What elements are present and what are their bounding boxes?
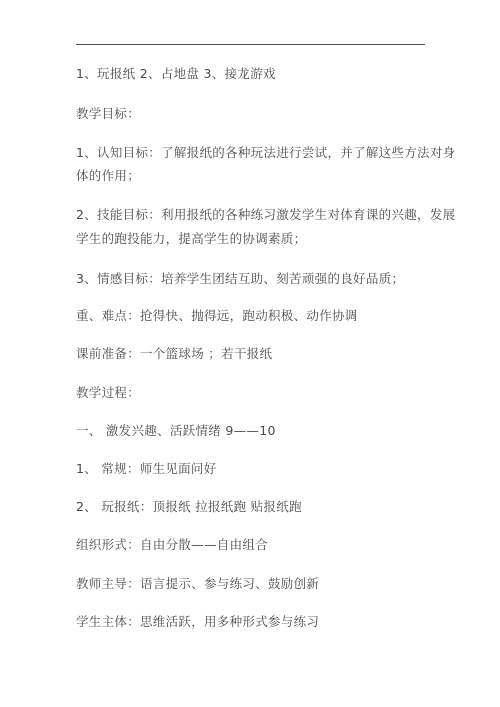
routine-item: 1、 常规：师生见面问好 <box>76 461 217 477</box>
activity-list: 1、玩报纸 2、占地盘 3、接龙游戏 <box>76 66 276 82</box>
key-difficulties: 重、难点：抢得快、抛得远，跑动积极、动作协调 <box>76 308 358 324</box>
skill-goal-line1: 2、技能目标：利用报纸的各种练习激发学生对体育课的兴趣，发展 <box>76 207 455 223</box>
emotional-goal: 3、情感目标：培养学生团结互助、刻苦顽强的良好品质； <box>76 271 404 287</box>
teaching-process-heading: 教学过程： <box>76 385 140 401</box>
skill-goal-line2: 学生的跑投能力，提高学生的协调素质； <box>76 231 306 247</box>
teaching-goals-heading: 教学目标： <box>76 106 140 122</box>
student-subject: 学生主体：思维活跃，用多种形式参与练习 <box>76 614 319 630</box>
play-newspaper-item: 2、 玩报纸：顶报纸 拉报纸跑 贴报纸跑 <box>76 499 302 515</box>
teacher-lead: 教师主导：语言提示、参与练习、鼓励创新 <box>76 576 319 592</box>
cognitive-goal-line2: 体的作用； <box>76 168 140 184</box>
cognitive-goal-line1: 1、认知目标：了解报纸的各种玩法进行尝试，并了解这些方法对身 <box>76 145 455 161</box>
preparation: 课前准备：一个篮球场 ；若干报纸 <box>76 346 272 362</box>
organization-form: 组织形式：自由分散——自由组合 <box>76 537 268 553</box>
section-one-heading: 一、 激发兴趣、活跃情绪 9——10 <box>76 423 276 439</box>
horizontal-rule <box>76 44 425 45</box>
